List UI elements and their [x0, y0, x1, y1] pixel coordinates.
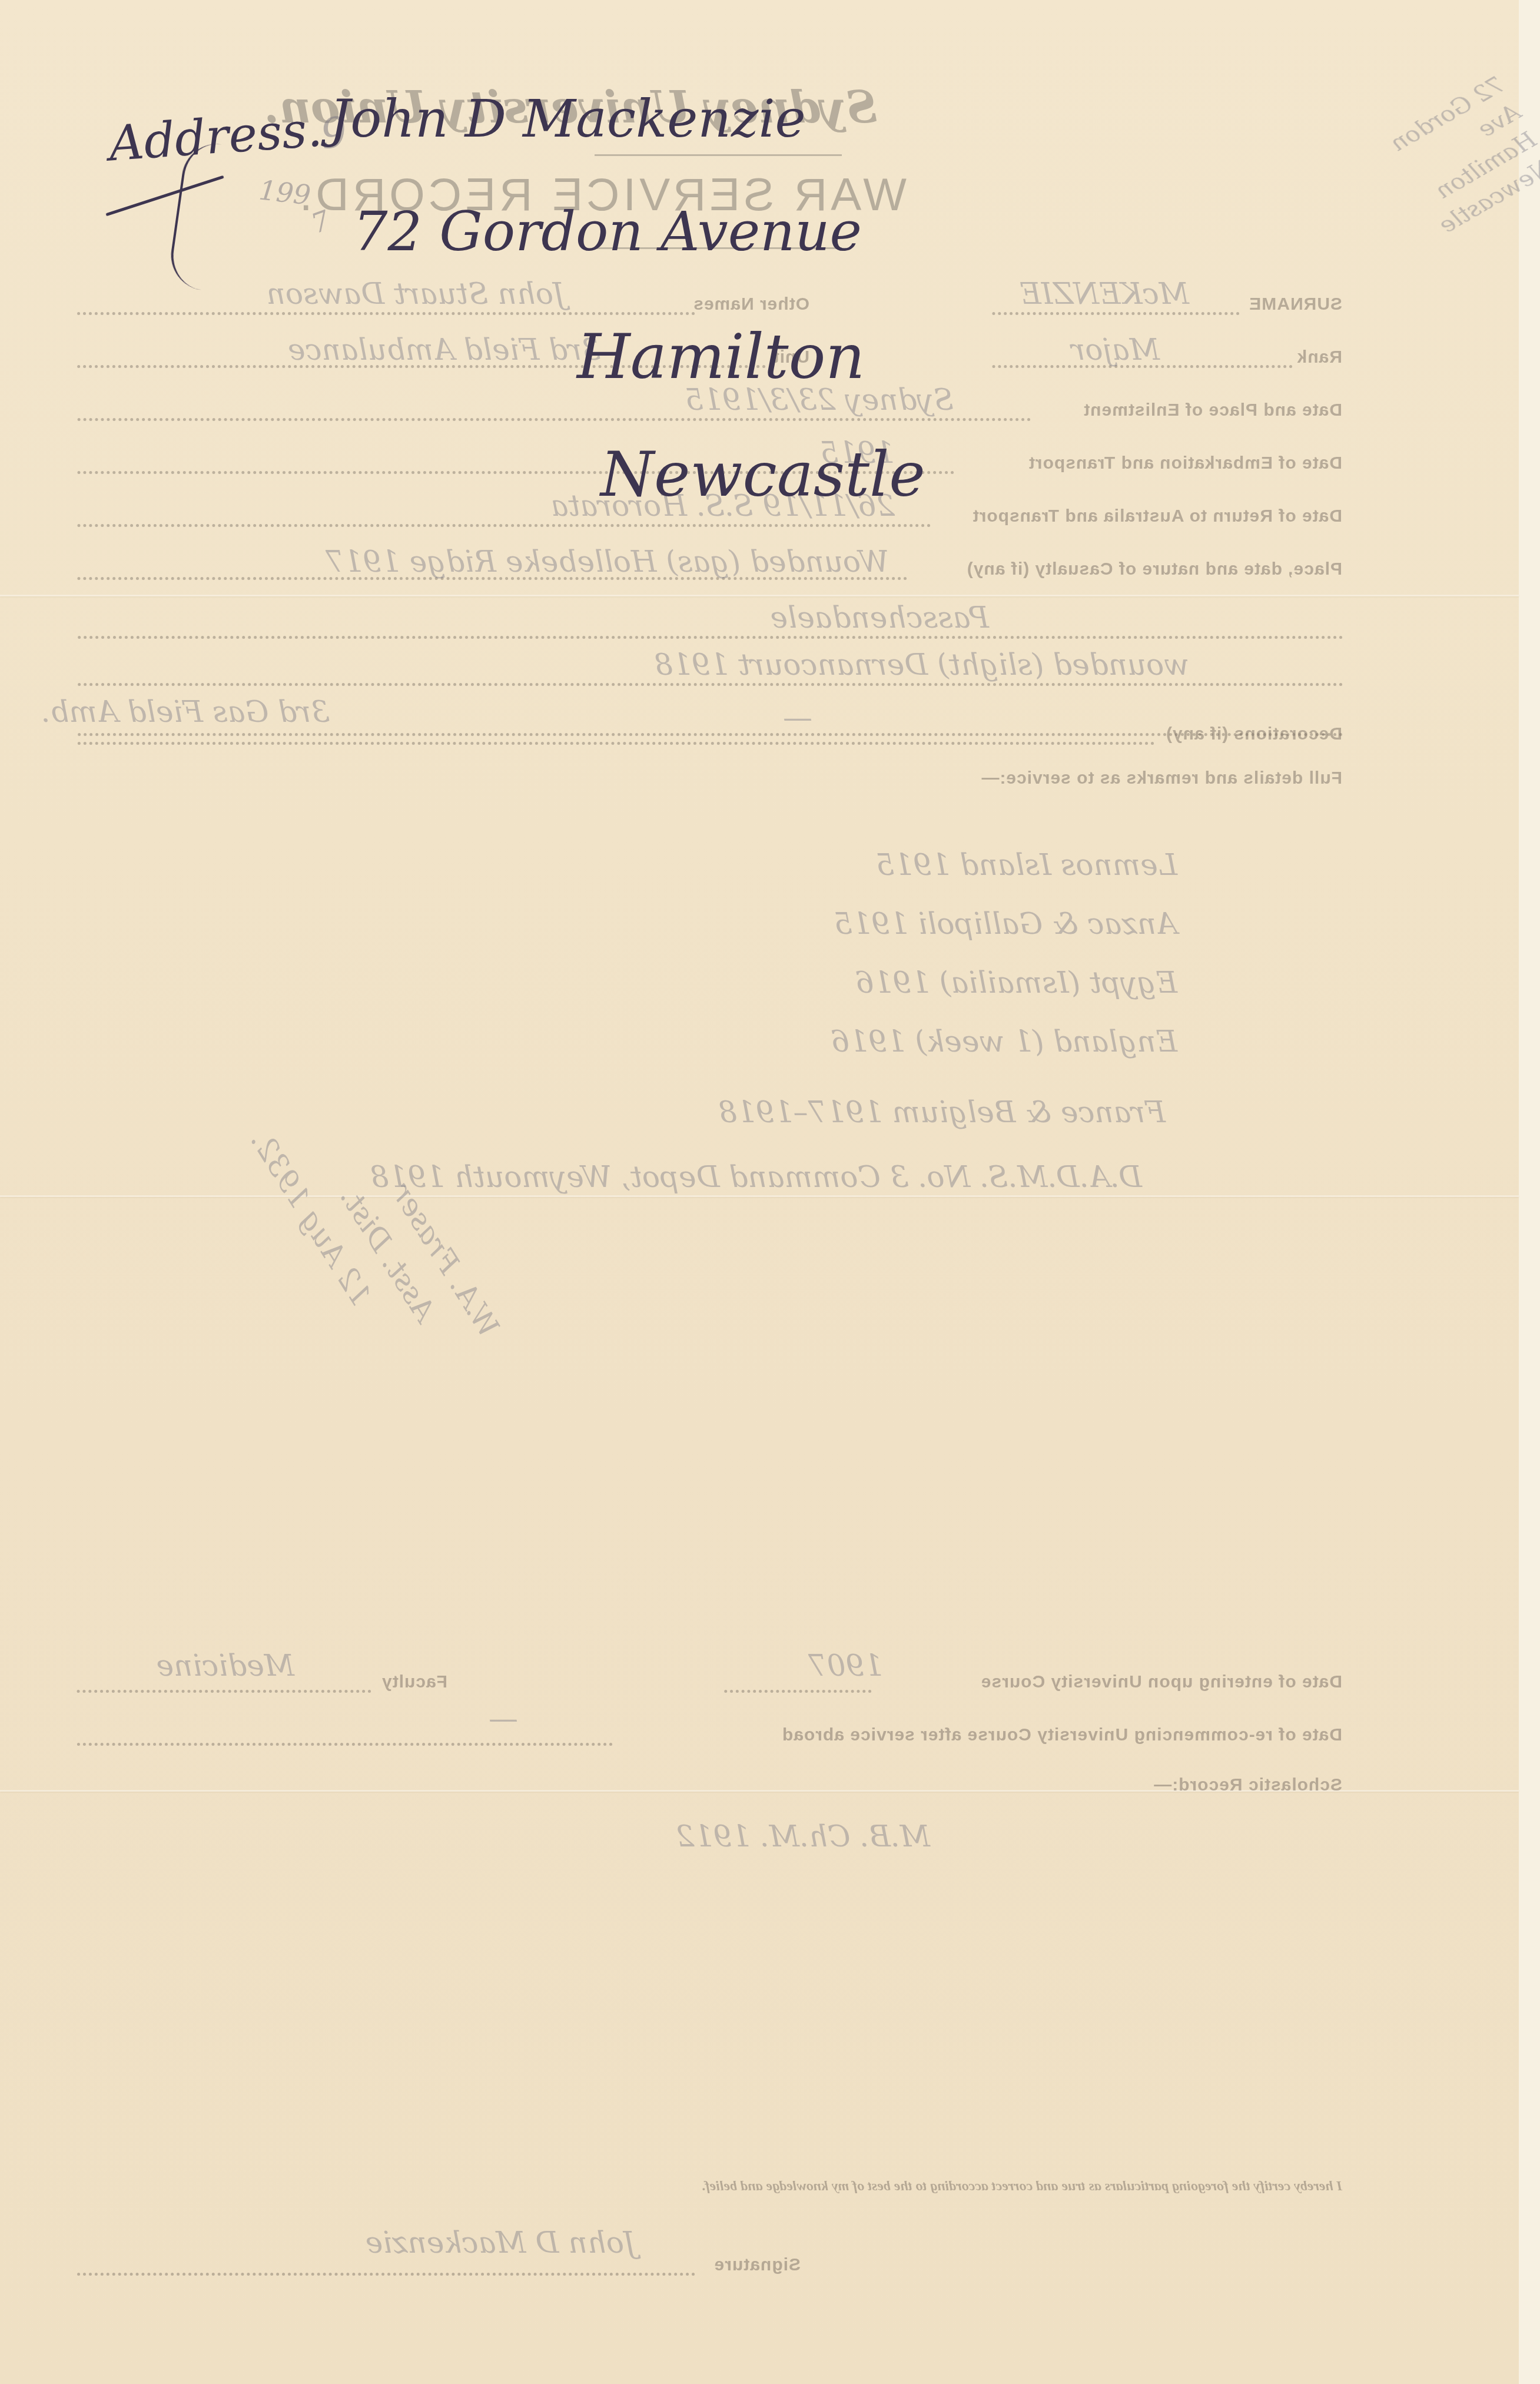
- value-casualty: wounded (slight) Dernancourt 1918: [654, 648, 1189, 682]
- value-rank: Major: [1071, 333, 1160, 367]
- value-surname: McKENZIE: [1020, 277, 1189, 311]
- dotted-leader: [724, 1690, 871, 1693]
- label-surname: SURNAME: [1249, 294, 1342, 314]
- dotted-leader: [77, 1743, 612, 1746]
- service-line: Egypt (Ismailia) 1916: [855, 966, 1177, 1000]
- dotted-leader: [992, 312, 1239, 315]
- label-faculty: Faculty: [381, 1672, 447, 1692]
- dotted-leader: [77, 636, 1342, 639]
- service-line: Anzac & Gallipoli 1915: [834, 907, 1177, 941]
- dotted-leader: [77, 524, 930, 527]
- dotted-leader: [77, 1690, 371, 1693]
- value-casualty: Wounded (gas) Hollebeke Ridge 1917: [326, 545, 889, 579]
- handwritten-city: Newcastle: [600, 439, 925, 510]
- dotted-leader: [77, 2273, 695, 2276]
- label-casualty: Place, date and nature of Casualty (if a…: [967, 559, 1342, 579]
- dotted-leader: [77, 742, 1154, 745]
- value-signature: John D Mackenzie: [366, 2226, 636, 2260]
- annotation-block: W.A. Fraser Asst. Dist. 12 Aug 1932.: [244, 1076, 506, 1391]
- label-scholastic: Scholastic Record:—: [1153, 1775, 1342, 1795]
- label-embarkation: Date of Embarkation and Transport: [1028, 453, 1342, 473]
- value-recommencing: —: [489, 1702, 518, 1736]
- label-other-names: Other Names: [693, 294, 809, 314]
- handwritten-street: 72 Gordon Avenue: [353, 200, 862, 263]
- value-faculty: Medicine: [156, 1649, 294, 1683]
- service-line: Lemnos Island 1915: [875, 848, 1177, 882]
- label-decorations: Decorations (if any): [1166, 724, 1342, 744]
- service-line: France & Belgium 1917–1918: [718, 1095, 1166, 1129]
- certification-text: I hereby certify the foregoing particula…: [701, 2179, 1342, 2194]
- label-full-details: Full details and remarks as to service:—: [981, 768, 1342, 788]
- value-decorations: —: [783, 701, 812, 735]
- label-signature: Signature: [714, 2255, 801, 2275]
- value-entering-course: 1907: [808, 1649, 883, 1683]
- value-casualty: Passchendaele: [770, 601, 989, 635]
- paper-edge: [1519, 0, 1540, 2384]
- dotted-leader: [77, 683, 1342, 686]
- value-unit: 3rd Field Ambulance: [288, 333, 600, 367]
- label-recommencing: Date of re-commencing University Course …: [782, 1725, 1342, 1745]
- title-rule: [595, 154, 842, 156]
- dotted-leader: [77, 418, 1030, 421]
- dotted-leader: [77, 733, 1342, 736]
- label-rank: Rank: [1297, 347, 1342, 367]
- label-enlistment: Date and Place of Enlistment: [1083, 400, 1342, 420]
- dotted-leader: [77, 312, 695, 315]
- service-line: England (1 week) 1916: [831, 1024, 1177, 1059]
- margin-note-number: 199: [257, 174, 312, 211]
- handwritten-name: John D Mackenzie: [330, 88, 806, 149]
- value-casualty: 3rd Gas Field Amb.: [41, 695, 330, 729]
- value-other-names: John Stuart Dawson: [267, 277, 565, 311]
- margin-note-address: 72 Gordon Ave Hamilton Newcastle: [1386, 71, 1540, 240]
- label-entering-course: Date of entering upon University Course: [981, 1672, 1342, 1692]
- label-return: Date of Return to Australia and Transpor…: [973, 506, 1342, 526]
- service-line: D.A.D.M.S. No. 3 Command Depot, Weymouth…: [370, 1160, 1142, 1194]
- value-scholastic: M.B. Ch.M. 1912: [676, 1819, 930, 1854]
- handwritten-suburb: Hamilton: [577, 321, 865, 393]
